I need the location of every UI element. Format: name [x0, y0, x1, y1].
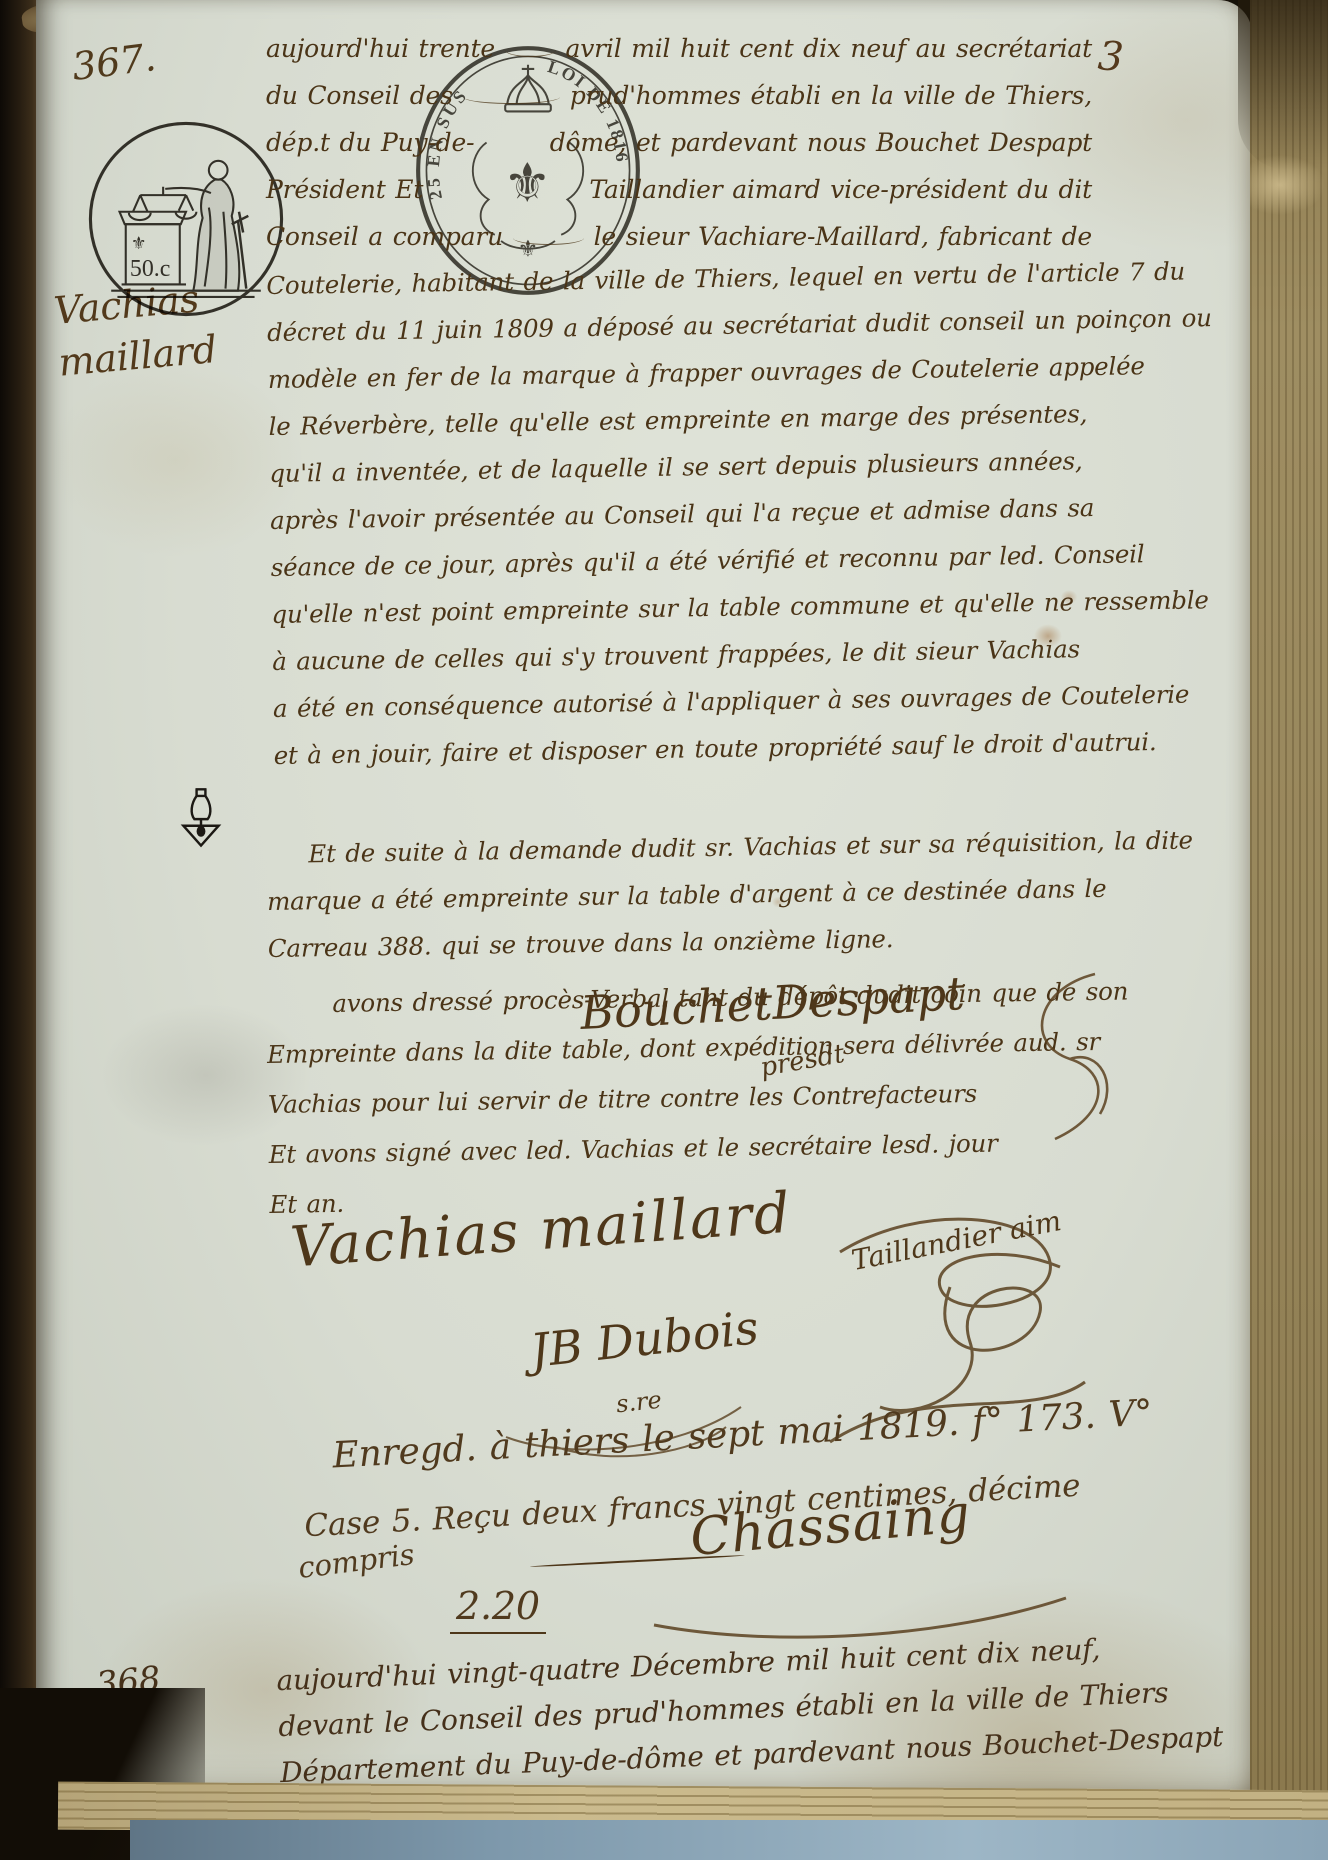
filler-stroke	[505, 43, 556, 57]
paraph-flourish-icon	[1000, 964, 1130, 1154]
entry-number-367: 367.	[70, 35, 159, 89]
deposit-paragraph: Et de suite à la demande dudit sr. Vachi…	[266, 815, 1195, 971]
photo-background: 367. 3 Vachias maillard 368	[0, 0, 1328, 1860]
opening-paragraph: aujourd'hui trente avril mil huit cent d…	[266, 34, 1092, 269]
manuscript-line: aujourd'hui trente avril mil huit cent d…	[266, 34, 1092, 81]
revenue-stamp-icon: ⚜ 50.c	[82, 112, 290, 326]
revenue-stamp-denomination: 50.c	[130, 256, 170, 282]
manuscript-line: dép.t du Puy-de- dôme, et pardevant nous…	[266, 128, 1092, 175]
filler-stroke	[463, 90, 560, 104]
manuscript-line: Président Et Taillandier aimard vice-pré…	[266, 175, 1092, 222]
table-background	[130, 1820, 1328, 1860]
reverbere-hallmark-icon	[178, 786, 224, 850]
page-number: 3	[1096, 33, 1124, 81]
signature-jb-dubois: JB Dubois	[528, 1300, 761, 1378]
top-right-shadow	[1238, 0, 1328, 170]
manuscript-line: du Conseil des prud'hommes établi en la …	[266, 81, 1092, 128]
entry368-paragraph: aujourd'hui vingt-quatre Décembre mil hu…	[276, 1622, 1224, 1796]
svg-text:⚜: ⚜	[131, 233, 147, 253]
filler-stroke	[513, 231, 584, 245]
book-fore-edge	[1250, 0, 1328, 1836]
body-paragraph: Coutelerie, habitant de la ville de Thie…	[266, 247, 1219, 779]
manuscript-page: 367. 3 Vachias maillard 368	[36, 0, 1252, 1800]
book-binding	[0, 0, 40, 1860]
registration-line-3: compris	[296, 1537, 416, 1585]
registration-amount: 2.20	[450, 1584, 546, 1634]
